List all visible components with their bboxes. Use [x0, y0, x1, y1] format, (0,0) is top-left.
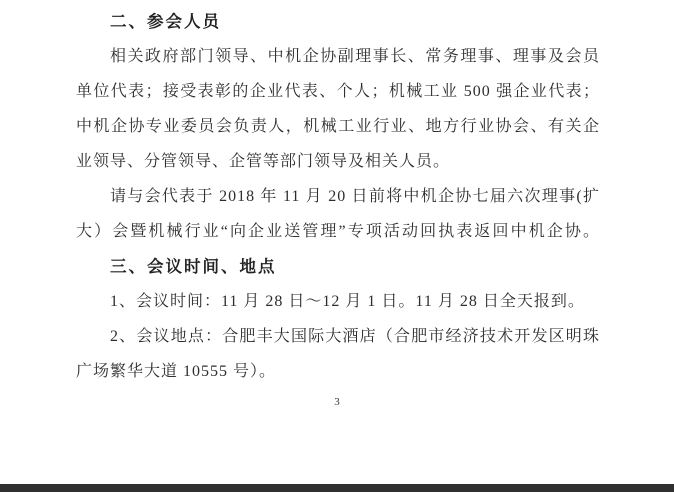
document-page: 二、参会人员 相关政府部门领导、中机企协副理事长、常务理事、理事及会员 单位代表… — [0, 0, 674, 492]
section-heading-time-place: 三、会议时间、地点 — [76, 249, 600, 284]
paragraph-participants-line-1: 相关政府部门领导、中机企协副理事长、常务理事、理事及会员 — [76, 39, 600, 74]
paragraph-reply-line-1: 请与会代表于 2018 年 11 月 20 日前将中机企协七届六次理事(扩 — [76, 179, 600, 214]
paragraph-meeting-time: 1、会议时间：11 月 28 日～12 月 1 日。11 月 28 日全天报到。 — [76, 284, 600, 319]
section-heading-participants: 二、参会人员 — [76, 4, 600, 39]
paragraph-meeting-place-line-1: 2、会议地点：合肥丰大国际大酒店（合肥市经济技术开发区明珠 — [76, 319, 600, 354]
paragraph-meeting-place-line-2: 广场繁华大道 10555 号）。 — [76, 354, 600, 389]
paragraph-participants-line-3: 中机企协专业委员会负责人，机械工业行业、地方行业协会、有关企 — [76, 109, 600, 144]
document-text-block: 二、参会人员 相关政府部门领导、中机企协副理事长、常务理事、理事及会员 单位代表… — [76, 4, 600, 389]
paragraph-participants-line-2: 单位代表；接受表彰的企业代表、个人；机械工业 500 强企业代表； — [76, 74, 600, 109]
paragraph-participants-line-4: 业领导、分管领导、企管等部门领导及相关人员。 — [76, 144, 600, 179]
paragraph-reply-line-2: 大）会暨机械行业“向企业送管理”专项活动回执表返回中机企协。 — [76, 214, 600, 249]
bottom-edge-bar — [0, 484, 674, 492]
page-number: 3 — [0, 396, 674, 408]
